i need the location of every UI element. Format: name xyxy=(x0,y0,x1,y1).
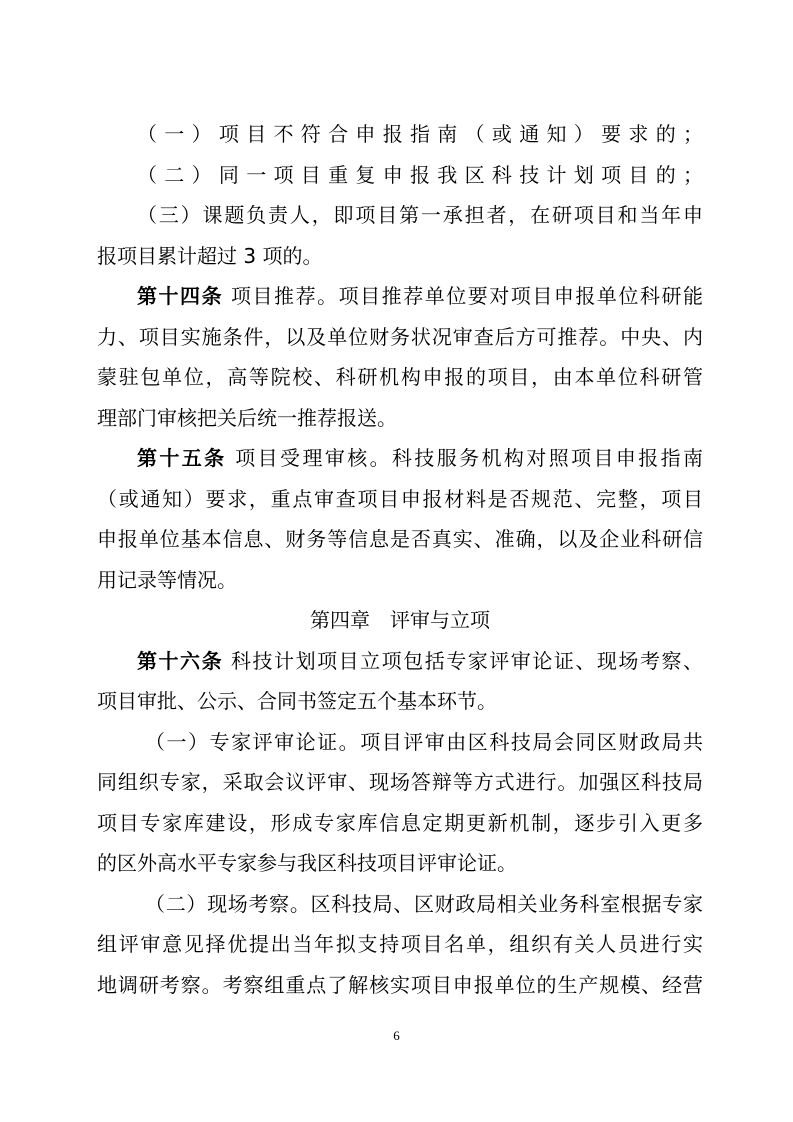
article-14-label: 第十四条 xyxy=(137,284,223,308)
article-15-line-4: 用记录等情况。 xyxy=(97,560,703,601)
article-16-line-1: 第十六条 科技计划项目立项包括专家评审论证、现场考察、 xyxy=(97,641,703,682)
list-item-3-continued: 报项目累计超过 3 项的。 xyxy=(97,236,703,277)
item-1-line-3: 项目专家库建设，形成专家库信息定期更新机制，逐步引入更多 xyxy=(97,803,703,844)
list-item-3: （三）课题负责人，即项目第一承担者，在研项目和当年申 xyxy=(97,195,703,236)
document-body: （一）项目不符合申报指南（或通知）要求的； （二）同一项目重复申报我区科技计划项… xyxy=(97,114,703,1005)
article-14-line-4: 理部门审核把关后统一推荐报送。 xyxy=(97,398,703,439)
article-15-line-2: （或通知）要求，重点审查项目申报材料是否规范、完整，项目 xyxy=(97,479,703,520)
article-14-text: 项目推荐。项目推荐单位要对项目申报单位科研能 xyxy=(223,284,703,308)
item-1-line-1: （一）专家评审论证。项目评审由区科技局会同区财政局共 xyxy=(97,722,703,763)
article-16-label: 第十六条 xyxy=(137,649,223,673)
page-number: 6 xyxy=(0,1028,793,1044)
article-16-line-2: 项目审批、公示、合同书签定五个基本环节。 xyxy=(97,681,703,722)
item-1-line-2: 同组织专家，采取会议评审、现场答辩等方式进行。加强区科技局 xyxy=(97,762,703,803)
article-15-line-1: 第十五条 项目受理审核。科技服务机构对照项目申报指南 xyxy=(97,438,703,479)
article-15-text: 项目受理审核。科技服务机构对照项目申报指南 xyxy=(227,446,703,470)
list-item-2: （二）同一项目重复申报我区科技计划项目的； xyxy=(97,155,703,196)
article-15-line-3: 申报单位基本信息、财务等信息是否真实、准确，以及企业科研信 xyxy=(97,519,703,560)
item-2-line-1: （二）现场考察。区科技局、区财政局相关业务科室根据专家 xyxy=(97,884,703,925)
article-14-line-2: 力、项目实施条件，以及单位财务状况审查后方可推荐。中央、内 xyxy=(97,317,703,358)
article-16-text: 科技计划项目立项包括专家评审论证、现场考察、 xyxy=(223,649,703,673)
item-1-line-4: 的区外高水平专家参与我区科技项目评审论证。 xyxy=(97,843,703,884)
chapter-heading: 第四章 评审与立项 xyxy=(97,600,703,641)
item-2-line-2: 组评审意见择优提出当年拟支持项目名单，组织有关人员进行实 xyxy=(97,924,703,965)
article-14-line-1: 第十四条 项目推荐。项目推荐单位要对项目申报单位科研能 xyxy=(97,276,703,317)
article-14-line-3: 蒙驻包单位，高等院校、科研机构申报的项目，由本单位科研管 xyxy=(97,357,703,398)
article-15-label: 第十五条 xyxy=(137,446,227,470)
item-2-line-3: 地调研考察。考察组重点了解核实项目申报单位的生产规模、经营 xyxy=(97,965,703,1006)
list-item-1: （一）项目不符合申报指南（或通知）要求的； xyxy=(97,114,703,155)
